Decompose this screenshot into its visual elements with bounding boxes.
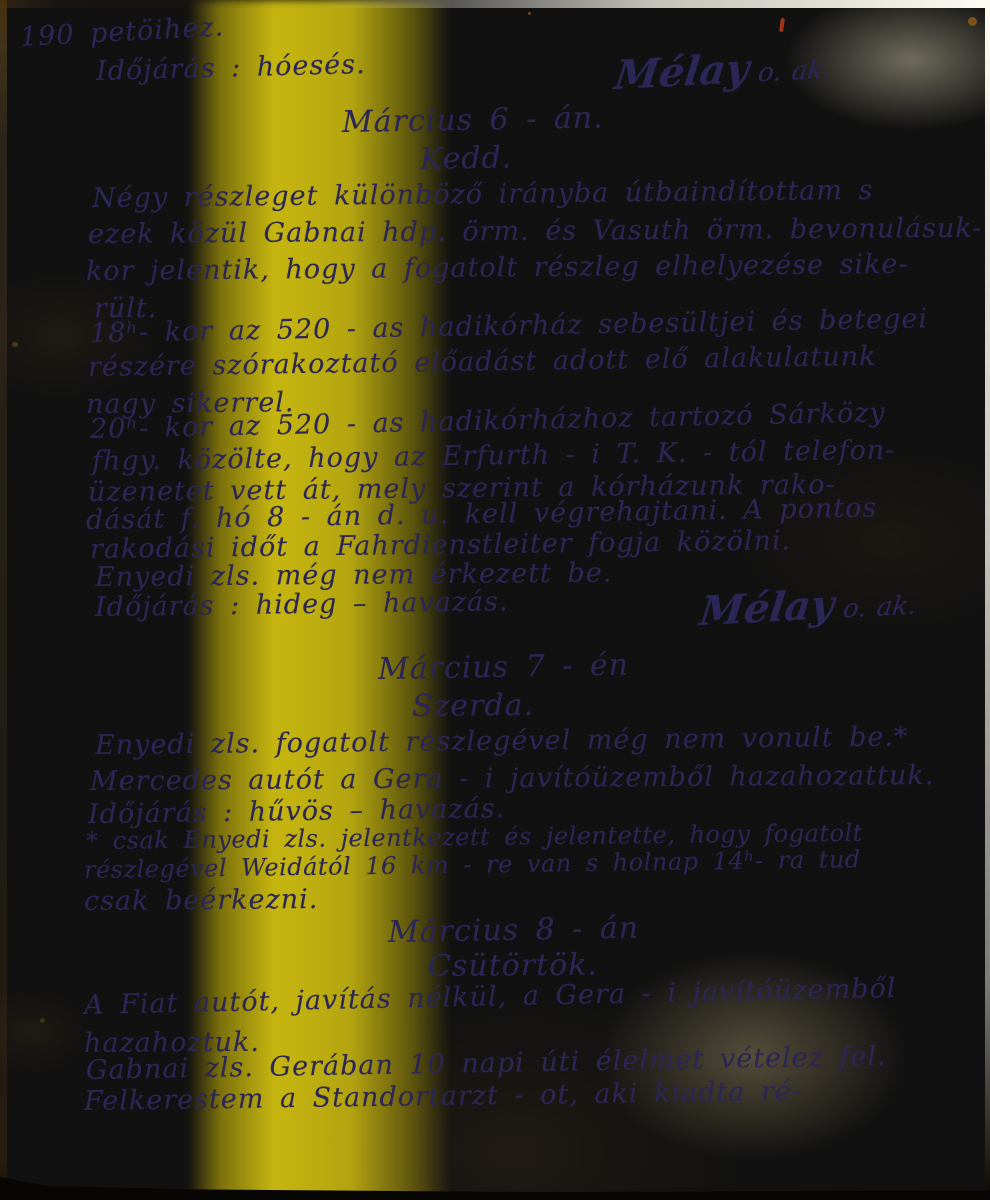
scan-top-edge [0, 0, 990, 8]
dark-paper-speck [40, 1018, 45, 1023]
entry-3-day-heading: Csütörtök. [428, 951, 598, 982]
red-ink-speck [779, 18, 785, 32]
entry-2-date-heading: Március 7 - én [378, 651, 629, 685]
diary-line: Mercedes autót a Gera - i javítóüzemből … [90, 762, 934, 795]
scan-bottom-edge [0, 1154, 990, 1200]
diary-page-scan: 190 petöihez. Időjárás : hóesés. Mélayo.… [0, 0, 990, 1200]
signature-top: Mélayo. ak. [613, 44, 835, 96]
diary-line: Időjárás : hideg – havazás. [95, 588, 509, 621]
weather-line-top: Időjárás : hóesés. [96, 51, 366, 85]
diary-line: csak beérkezni. [84, 886, 319, 915]
scan-right-edge [985, 0, 990, 1200]
signature-name: Mélay [612, 45, 752, 99]
signature-rank: o. ak. [841, 591, 918, 625]
diary-line: ezek közül Gabnai hdp. örm. és Vasuth ör… [88, 215, 983, 248]
brown-paper-speck [968, 17, 977, 26]
signature-rank: o. ak. [756, 55, 833, 89]
signature-name: Mélay [697, 581, 837, 635]
small-paper-speck [528, 12, 531, 15]
entry-1-date-heading: Március 6 - án. [342, 103, 604, 138]
scan-left-edge [0, 0, 7, 1200]
signature-entry-1: Mélayo. ak. [698, 580, 920, 632]
entry-3-date-heading: Március 8 - án [388, 914, 640, 948]
diary-line: kor jelentik, hogy a fogatolt részleg el… [86, 251, 909, 285]
diary-line: rakodási időt a Fahrdienstleiter fogja k… [90, 527, 791, 563]
dark-paper-speck [12, 342, 18, 347]
diary-line: Négy részleget különböző irányba útbaind… [92, 177, 874, 212]
entry-1-day-heading: Kedd. [420, 143, 513, 175]
diary-line: Enyedi zls. még nem érkezett be. [95, 559, 612, 591]
diary-line: Enyedi zls. fogatolt részlegével még nem… [95, 723, 909, 759]
entry-2-day-heading: Szerda. [412, 691, 534, 722]
diary-line: Felkerestem a Standortarzt - ot, aki kia… [84, 1078, 802, 1115]
